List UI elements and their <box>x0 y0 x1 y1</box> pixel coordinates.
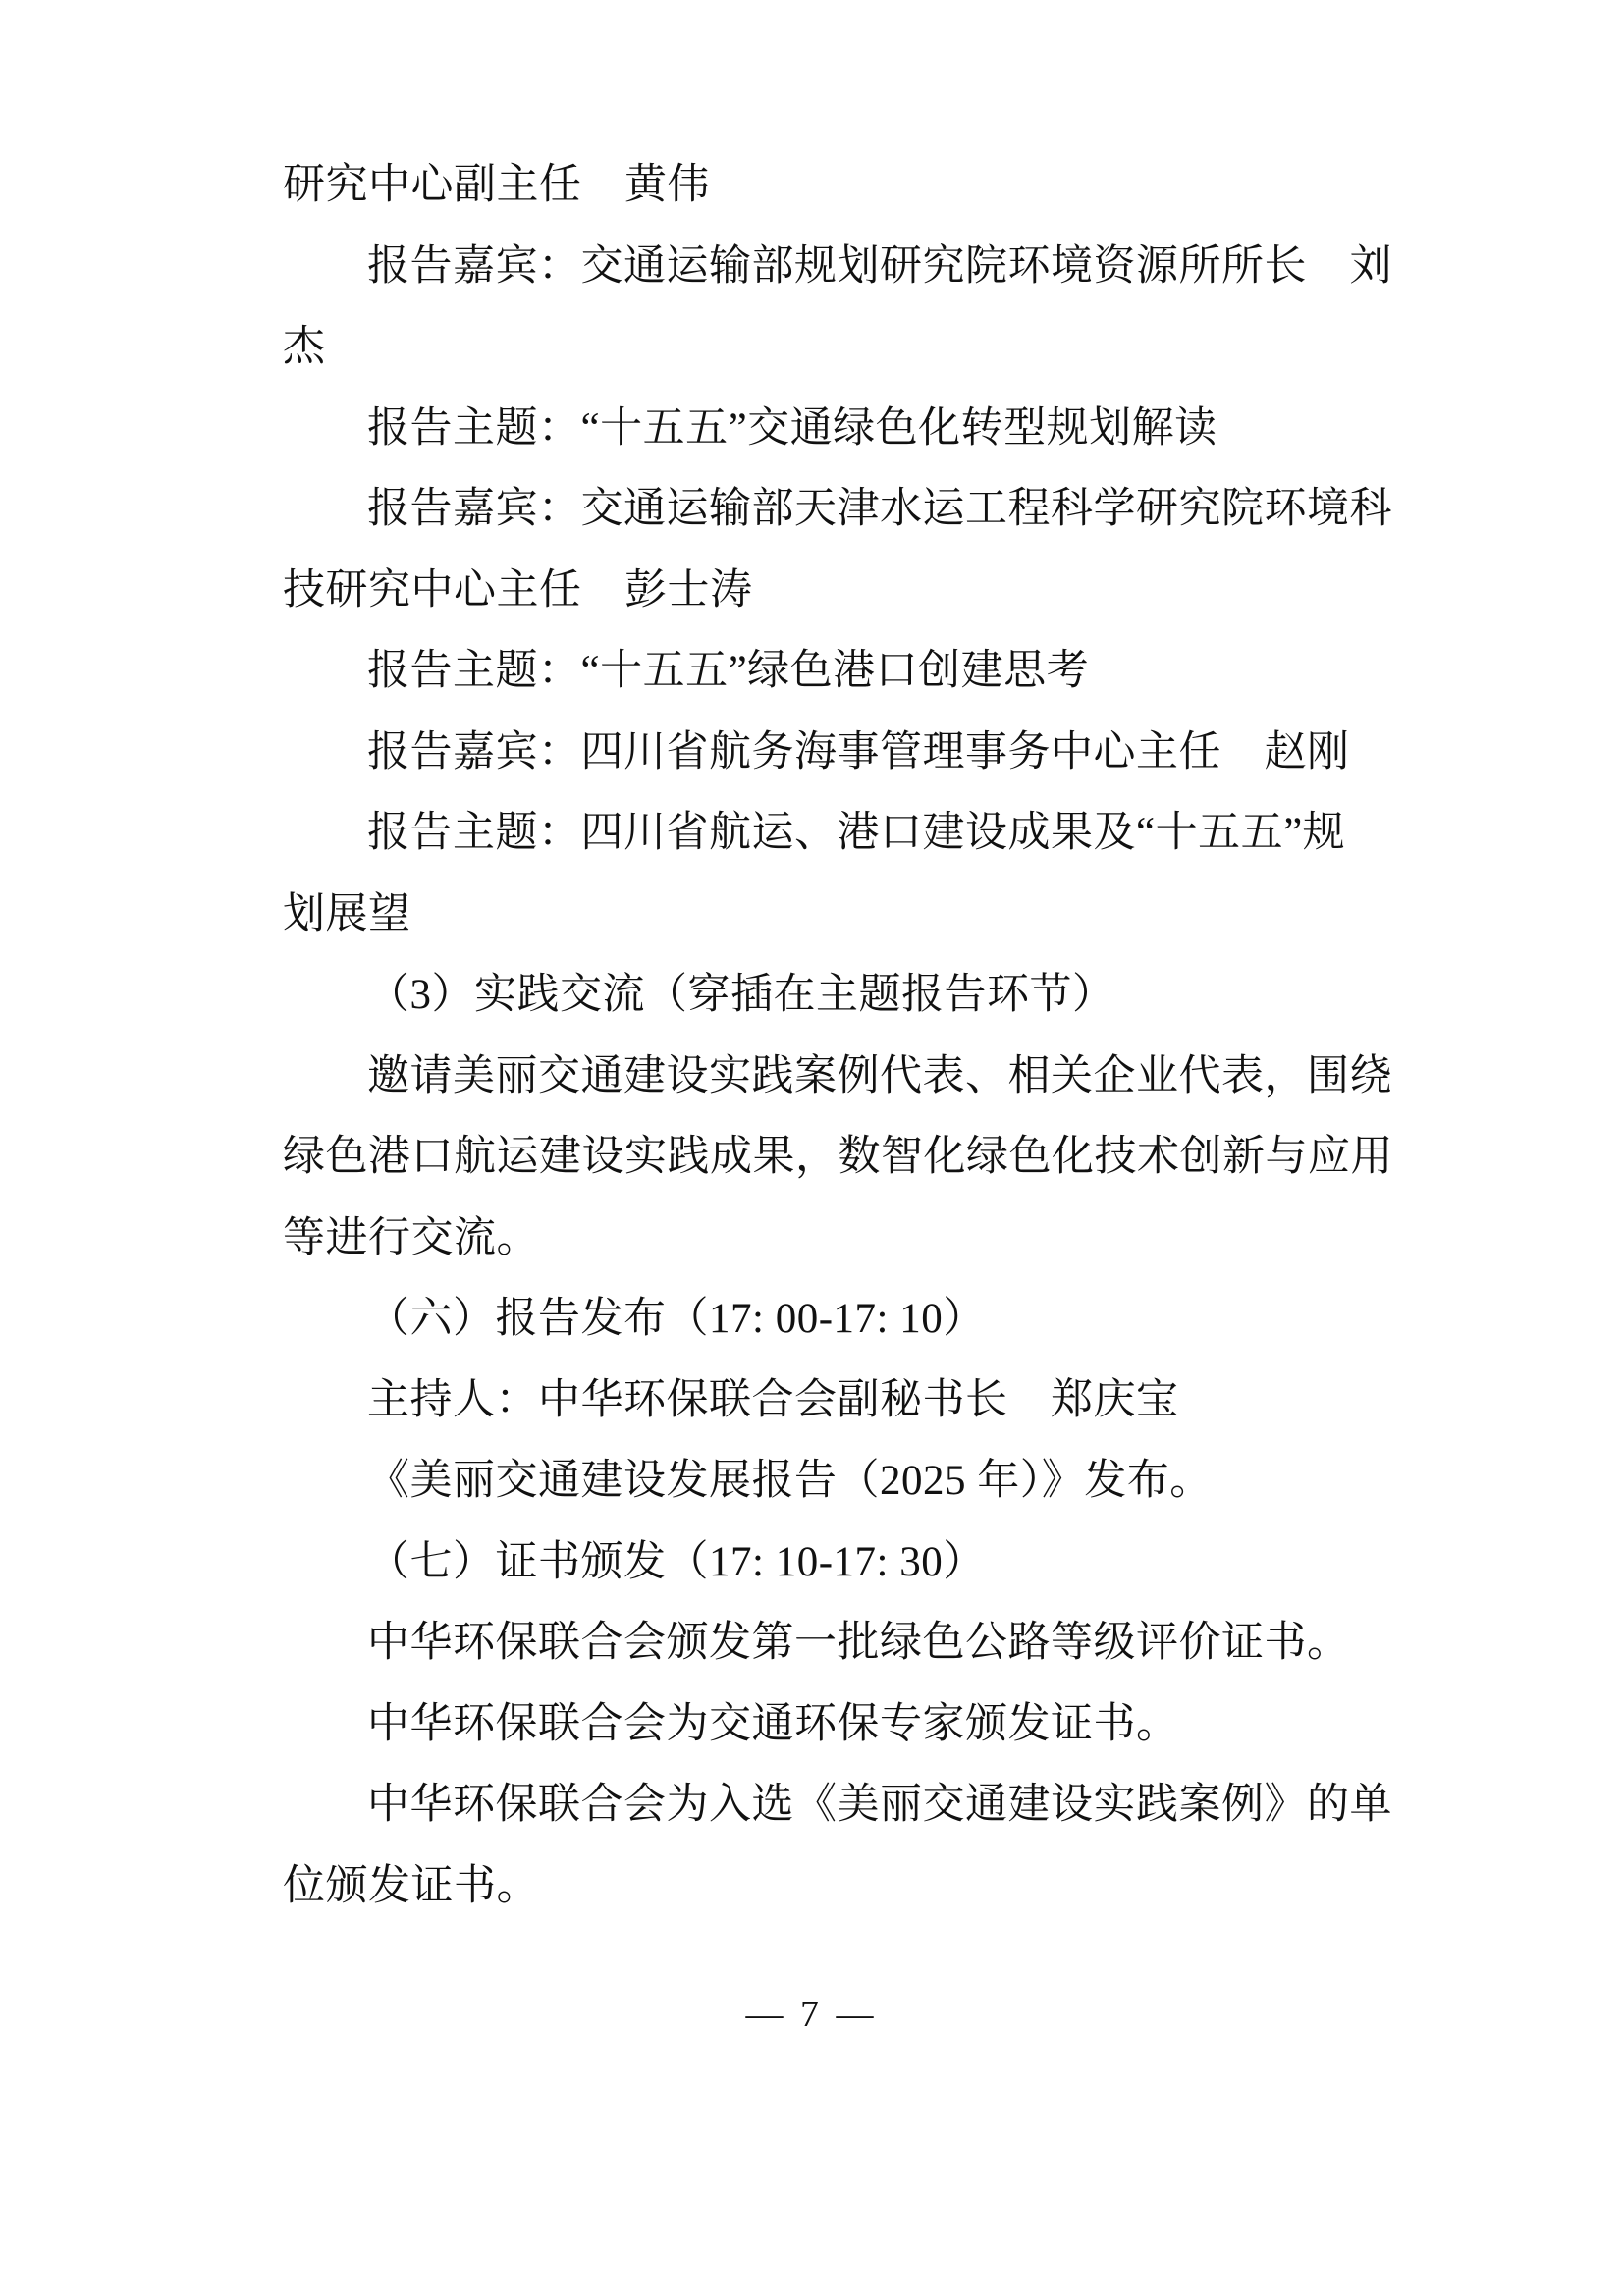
document-line: 杰 <box>283 307 1402 389</box>
document-line: 研究中心副主任 黄伟 <box>283 145 1402 227</box>
document-line: 等进行交流。 <box>283 1199 1402 1280</box>
document-line: （3）实践交流（穿插在主题报告环节） <box>283 955 1402 1037</box>
document-body: 研究中心副主任 黄伟 报告嘉宾：交通运输部规划研究院环境资源所所长 刘 杰 报告… <box>283 145 1402 1927</box>
document-line: 报告主题：四川省航运、港口建设成果及“十五五”规 <box>283 793 1402 875</box>
document-line: （六）报告发布（17: 00-17: 10） <box>283 1279 1402 1361</box>
document-line: 技研究中心主任 彭士涛 <box>283 551 1402 632</box>
document-line: 报告嘉宾：四川省航务海事管理事务中心主任 赵刚 <box>283 713 1402 794</box>
footer-page-number: — 7 — <box>0 1985 1623 2044</box>
document-line: 报告主题：“十五五”绿色港口创建思考 <box>283 631 1402 713</box>
document-line: 绿色港口航运建设实践成果，数智化绿色化技术创新与应用 <box>283 1117 1402 1199</box>
document-line: 邀请美丽交通建设实践案例代表、相关企业代表，围绕 <box>283 1037 1402 1118</box>
document-line: 报告主题：“十五五”交通绿色化转型规划解读 <box>283 389 1402 470</box>
document-line: 报告嘉宾：交通运输部规划研究院环境资源所所长 刘 <box>283 227 1402 308</box>
document-line: 《美丽交通建设发展报告（2025 年）》发布。 <box>283 1441 1402 1522</box>
document-page: 研究中心副主任 黄伟 报告嘉宾：交通运输部规划研究院环境资源所所长 刘 杰 报告… <box>0 0 1623 2296</box>
document-line: 中华环保联合会为入选《美丽交通建设实践案例》的单 <box>283 1765 1402 1846</box>
document-line: 报告嘉宾：交通运输部天津水运工程科学研究院环境科 <box>283 469 1402 551</box>
document-line: 中华环保联合会为交通环保专家颁发证书。 <box>283 1684 1402 1766</box>
document-line: （七）证书颁发（17: 10-17: 30） <box>283 1522 1402 1604</box>
document-line: 位颁发证书。 <box>283 1846 1402 1928</box>
document-line: 划展望 <box>283 875 1402 956</box>
document-line: 主持人：中华环保联合会副秘书长 郑庆宝 <box>283 1361 1402 1442</box>
document-line: 中华环保联合会颁发第一批绿色公路等级评价证书。 <box>283 1603 1402 1684</box>
